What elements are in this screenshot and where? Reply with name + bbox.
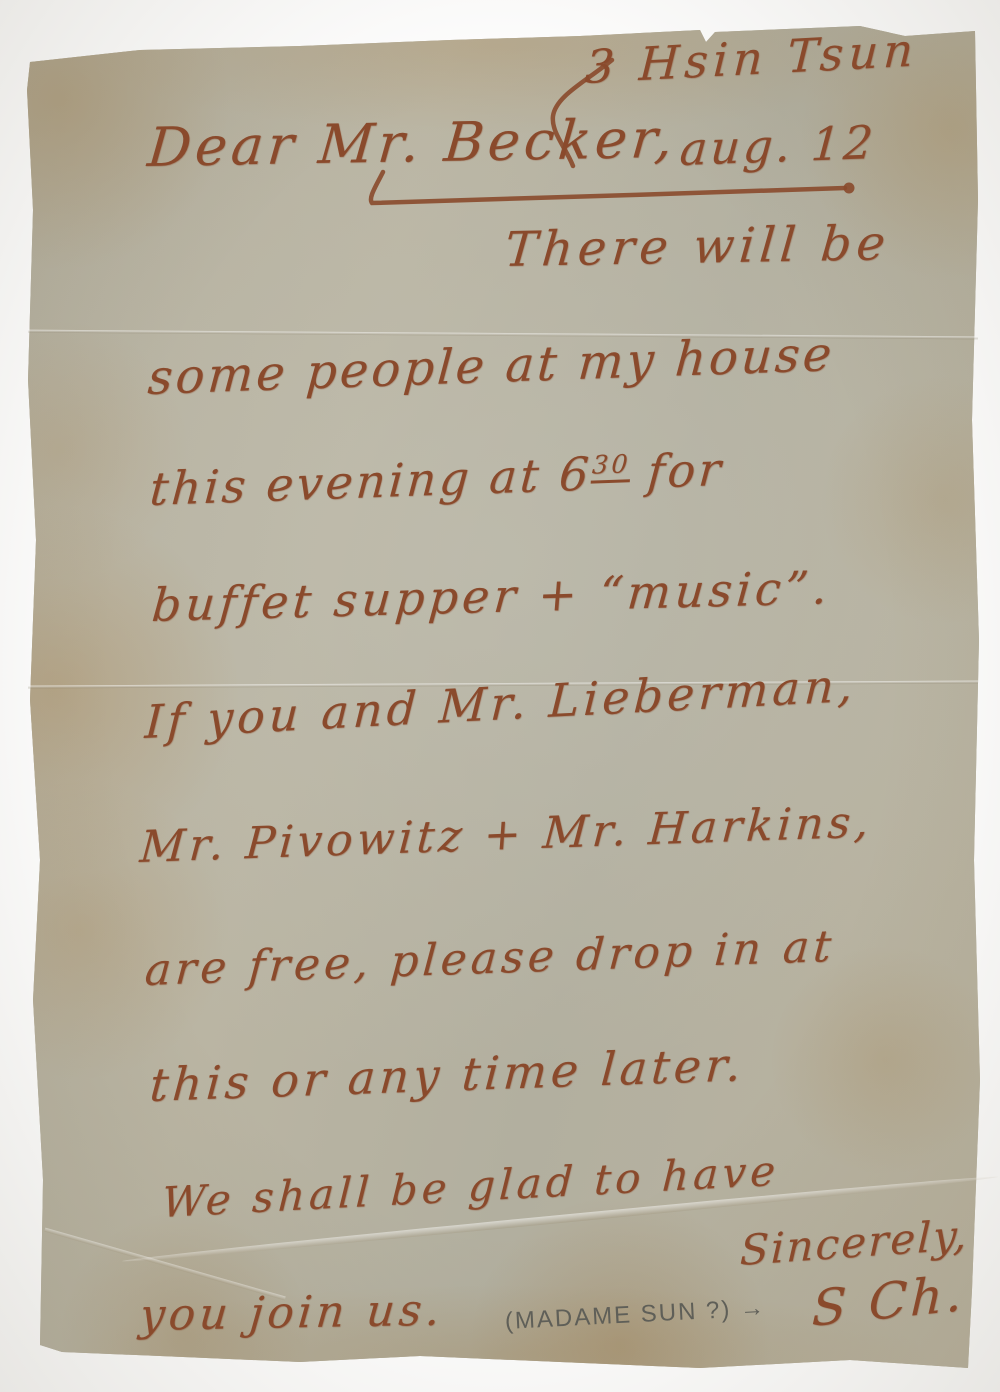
letter-date: aug. 12 xyxy=(678,115,878,176)
time-minutes-superscript: 30 xyxy=(591,449,632,483)
body-line-10: you join us. xyxy=(138,1285,446,1341)
letter-scan: 3 Hsin Tsun Dear Mr. Becker, aug. 12 The… xyxy=(0,0,1000,1392)
letter-salutation: Dear Mr. Becker, xyxy=(145,107,679,179)
body-line-3-suffix: for xyxy=(628,442,725,499)
body-line-1: There will be xyxy=(503,215,893,278)
